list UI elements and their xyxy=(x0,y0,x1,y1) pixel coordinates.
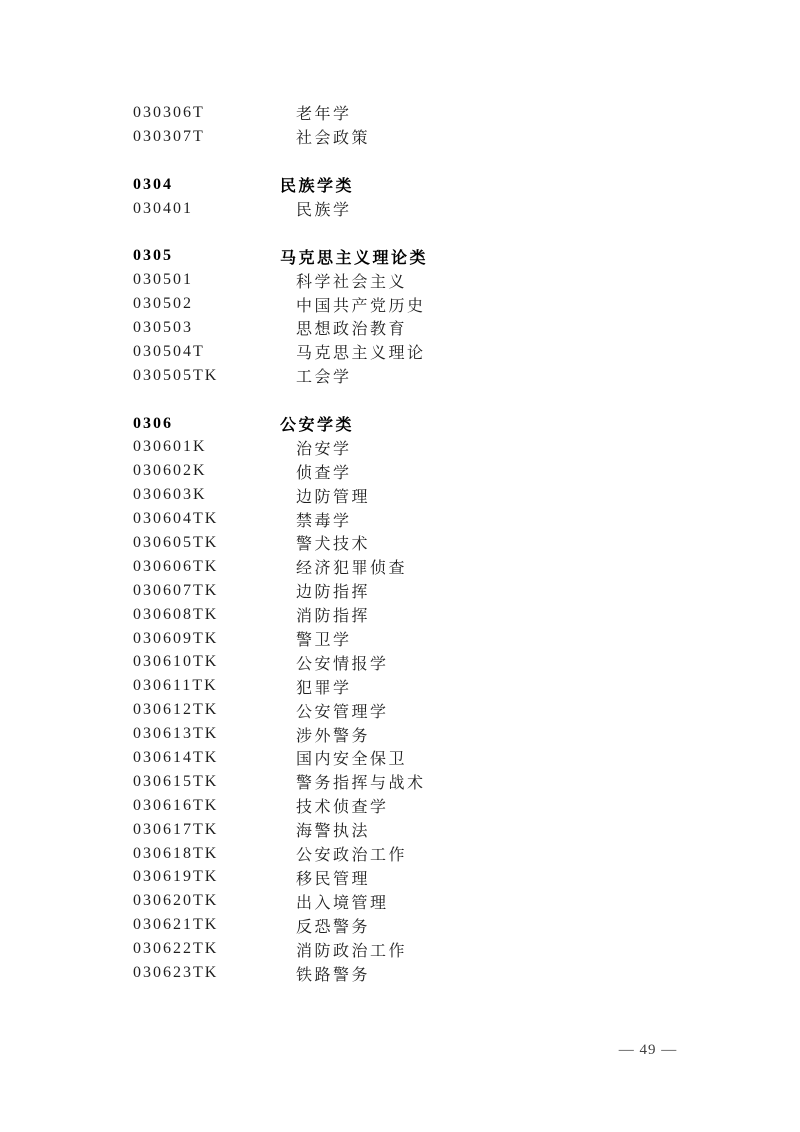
major-row: 030307T社会政策 xyxy=(0,125,800,149)
major-code: 030615TK xyxy=(133,773,280,791)
major-row: 030612TK公安管理学 xyxy=(0,698,800,722)
major-name: 中国共产党历史 xyxy=(280,293,426,316)
major-code: 030611TK xyxy=(133,677,280,695)
major-row: 030606TK经济犯罪侦查 xyxy=(0,555,800,579)
major-code: 030603K xyxy=(133,486,280,504)
major-code: 030623TK xyxy=(133,964,280,982)
major-code: 030606TK xyxy=(133,558,280,576)
major-section: 0306公安学类030601K治安学030602K侦查学030603K边防管理0… xyxy=(0,412,800,985)
major-code: 030504T xyxy=(133,343,280,361)
major-row: 030620TK出入境管理 xyxy=(0,889,800,913)
major-name: 禁毒学 xyxy=(280,508,352,531)
category-code: 0306 xyxy=(133,415,280,433)
major-code: 030505TK xyxy=(133,367,280,385)
major-section: 030306T老年学030307T社会政策 xyxy=(0,101,800,149)
major-name: 公安政治工作 xyxy=(280,842,407,865)
major-row: 030613TK涉外警务 xyxy=(0,722,800,746)
major-name: 边防指挥 xyxy=(280,579,370,602)
major-row: 030608TK消防指挥 xyxy=(0,603,800,627)
major-code: 030614TK xyxy=(133,749,280,767)
category-header-row: 0305马克思主义理论类 xyxy=(0,244,800,268)
major-row: 030615TK警务指挥与战术 xyxy=(0,770,800,794)
major-name: 科学社会主义 xyxy=(280,269,407,292)
major-name: 警卫学 xyxy=(280,627,352,650)
major-name: 公安情报学 xyxy=(280,651,389,674)
major-name: 消防指挥 xyxy=(280,603,370,626)
major-code: 030622TK xyxy=(133,940,280,958)
document-page: 030306T老年学030307T社会政策0304民族学类030401民族学03… xyxy=(0,0,800,1132)
major-section: 0305马克思主义理论类030501科学社会主义030502中国共产党历史030… xyxy=(0,244,800,387)
major-row: 030619TK移民管理 xyxy=(0,866,800,890)
page-number: — 49 — xyxy=(608,1042,688,1059)
major-section: 0304民族学类030401民族学 xyxy=(0,173,800,221)
major-code: 030609TK xyxy=(133,630,280,648)
major-name: 侦查学 xyxy=(280,460,352,483)
major-name: 老年学 xyxy=(280,101,352,124)
major-code: 030607TK xyxy=(133,582,280,600)
major-name: 消防政治工作 xyxy=(280,938,407,961)
major-name: 治安学 xyxy=(280,436,352,459)
major-code: 030617TK xyxy=(133,821,280,839)
major-row: 030614TK国内安全保卫 xyxy=(0,746,800,770)
major-row: 030601K治安学 xyxy=(0,435,800,459)
major-name: 社会政策 xyxy=(280,125,370,148)
major-code: 030502 xyxy=(133,295,280,313)
major-code: 030620TK xyxy=(133,892,280,910)
major-name: 海警执法 xyxy=(280,818,370,841)
major-row: 030501科学社会主义 xyxy=(0,268,800,292)
major-code: 030621TK xyxy=(133,916,280,934)
major-row: 030605TK警犬技术 xyxy=(0,531,800,555)
major-code: 030501 xyxy=(133,271,280,289)
major-row: 030603K边防管理 xyxy=(0,483,800,507)
major-name: 边防管理 xyxy=(280,484,370,507)
major-row: 030602K侦查学 xyxy=(0,459,800,483)
major-code: 030612TK xyxy=(133,701,280,719)
major-code: 030608TK xyxy=(133,606,280,624)
major-name: 民族学 xyxy=(280,197,352,220)
major-row: 030609TK警卫学 xyxy=(0,627,800,651)
major-name: 移民管理 xyxy=(280,866,370,889)
major-row: 030621TK反恐警务 xyxy=(0,913,800,937)
major-row: 030610TK公安情报学 xyxy=(0,650,800,674)
major-row: 030623TK铁路警务 xyxy=(0,961,800,985)
category-title: 民族学类 xyxy=(280,173,354,196)
category-header-row: 0304民族学类 xyxy=(0,173,800,197)
major-code: 030616TK xyxy=(133,797,280,815)
major-row: 030618TK公安政治工作 xyxy=(0,842,800,866)
major-code: 030307T xyxy=(133,128,280,146)
major-list: 030306T老年学030307T社会政策0304民族学类030401民族学03… xyxy=(0,101,800,985)
major-name: 国内安全保卫 xyxy=(280,746,407,769)
major-code: 030613TK xyxy=(133,725,280,743)
major-row: 030617TK海警执法 xyxy=(0,818,800,842)
major-code: 030306T xyxy=(133,104,280,122)
category-code: 0305 xyxy=(133,247,280,265)
major-code: 030619TK xyxy=(133,868,280,886)
major-name: 经济犯罪侦查 xyxy=(280,555,407,578)
major-row: 030401民族学 xyxy=(0,197,800,221)
major-row: 030306T老年学 xyxy=(0,101,800,125)
major-code: 030601K xyxy=(133,438,280,456)
major-name: 公安管理学 xyxy=(280,699,389,722)
major-row: 030504T马克思主义理论 xyxy=(0,340,800,364)
category-title: 公安学类 xyxy=(280,412,354,435)
major-row: 030616TK技术侦查学 xyxy=(0,794,800,818)
major-code: 030605TK xyxy=(133,534,280,552)
major-name: 思想政治教育 xyxy=(280,316,407,339)
major-name: 反恐警务 xyxy=(280,914,370,937)
major-name: 出入境管理 xyxy=(280,890,389,913)
major-code: 030618TK xyxy=(133,845,280,863)
major-code: 030503 xyxy=(133,319,280,337)
major-row: 030502中国共产党历史 xyxy=(0,292,800,316)
major-name: 涉外警务 xyxy=(280,723,370,746)
major-row: 030622TK消防政治工作 xyxy=(0,937,800,961)
major-code: 030604TK xyxy=(133,510,280,528)
major-name: 犯罪学 xyxy=(280,675,352,698)
major-name: 铁路警务 xyxy=(280,962,370,985)
major-name: 警犬技术 xyxy=(280,531,370,554)
major-name: 马克思主义理论 xyxy=(280,340,426,363)
major-row: 030604TK禁毒学 xyxy=(0,507,800,531)
major-name: 工会学 xyxy=(280,364,352,387)
major-row: 030607TK边防指挥 xyxy=(0,579,800,603)
major-row: 030611TK犯罪学 xyxy=(0,674,800,698)
category-title: 马克思主义理论类 xyxy=(280,245,428,268)
major-code: 030610TK xyxy=(133,653,280,671)
major-name: 警务指挥与战术 xyxy=(280,770,426,793)
category-code: 0304 xyxy=(133,176,280,194)
major-name: 技术侦查学 xyxy=(280,794,389,817)
major-code: 030602K xyxy=(133,462,280,480)
major-row: 030505TK工会学 xyxy=(0,364,800,388)
category-header-row: 0306公安学类 xyxy=(0,412,800,436)
major-code: 030401 xyxy=(133,200,280,218)
major-row: 030503思想政治教育 xyxy=(0,316,800,340)
